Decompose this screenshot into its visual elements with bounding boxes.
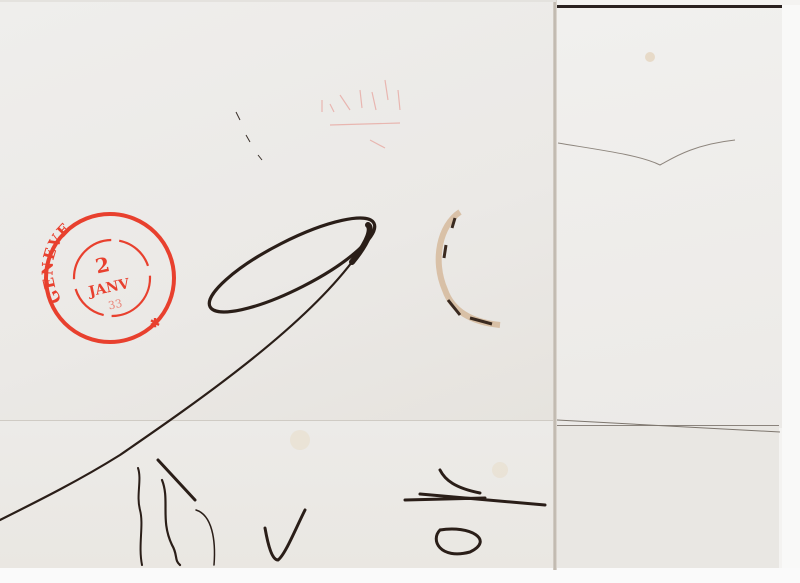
paper-crease bbox=[558, 140, 735, 165]
faint-red-cachet bbox=[322, 80, 400, 148]
postmark-day: 2 bbox=[93, 252, 112, 278]
svg-text:GENEVE: GENEVE bbox=[39, 219, 75, 307]
foxing-spot bbox=[492, 462, 508, 478]
ink-specks bbox=[236, 112, 262, 160]
postmark-month: JANV bbox=[85, 276, 132, 301]
foxing-spot bbox=[290, 430, 310, 450]
postmark-city: GENEVE bbox=[39, 219, 75, 307]
address-handwriting bbox=[138, 460, 545, 565]
wax-seal-remnant bbox=[439, 212, 500, 325]
geneve-postmark: GENEVE 2 JANV 33 ✱ bbox=[39, 214, 174, 342]
markings-layer: GENEVE 2 JANV 33 ✱ bbox=[0, 0, 800, 583]
postmark-mark: ✱ bbox=[150, 316, 160, 330]
letter-photo: GENEVE 2 JANV 33 ✱ bbox=[0, 0, 800, 583]
foxing-spot bbox=[645, 52, 655, 62]
fold-line bbox=[557, 420, 780, 432]
postmark-year: 33 bbox=[107, 297, 123, 313]
